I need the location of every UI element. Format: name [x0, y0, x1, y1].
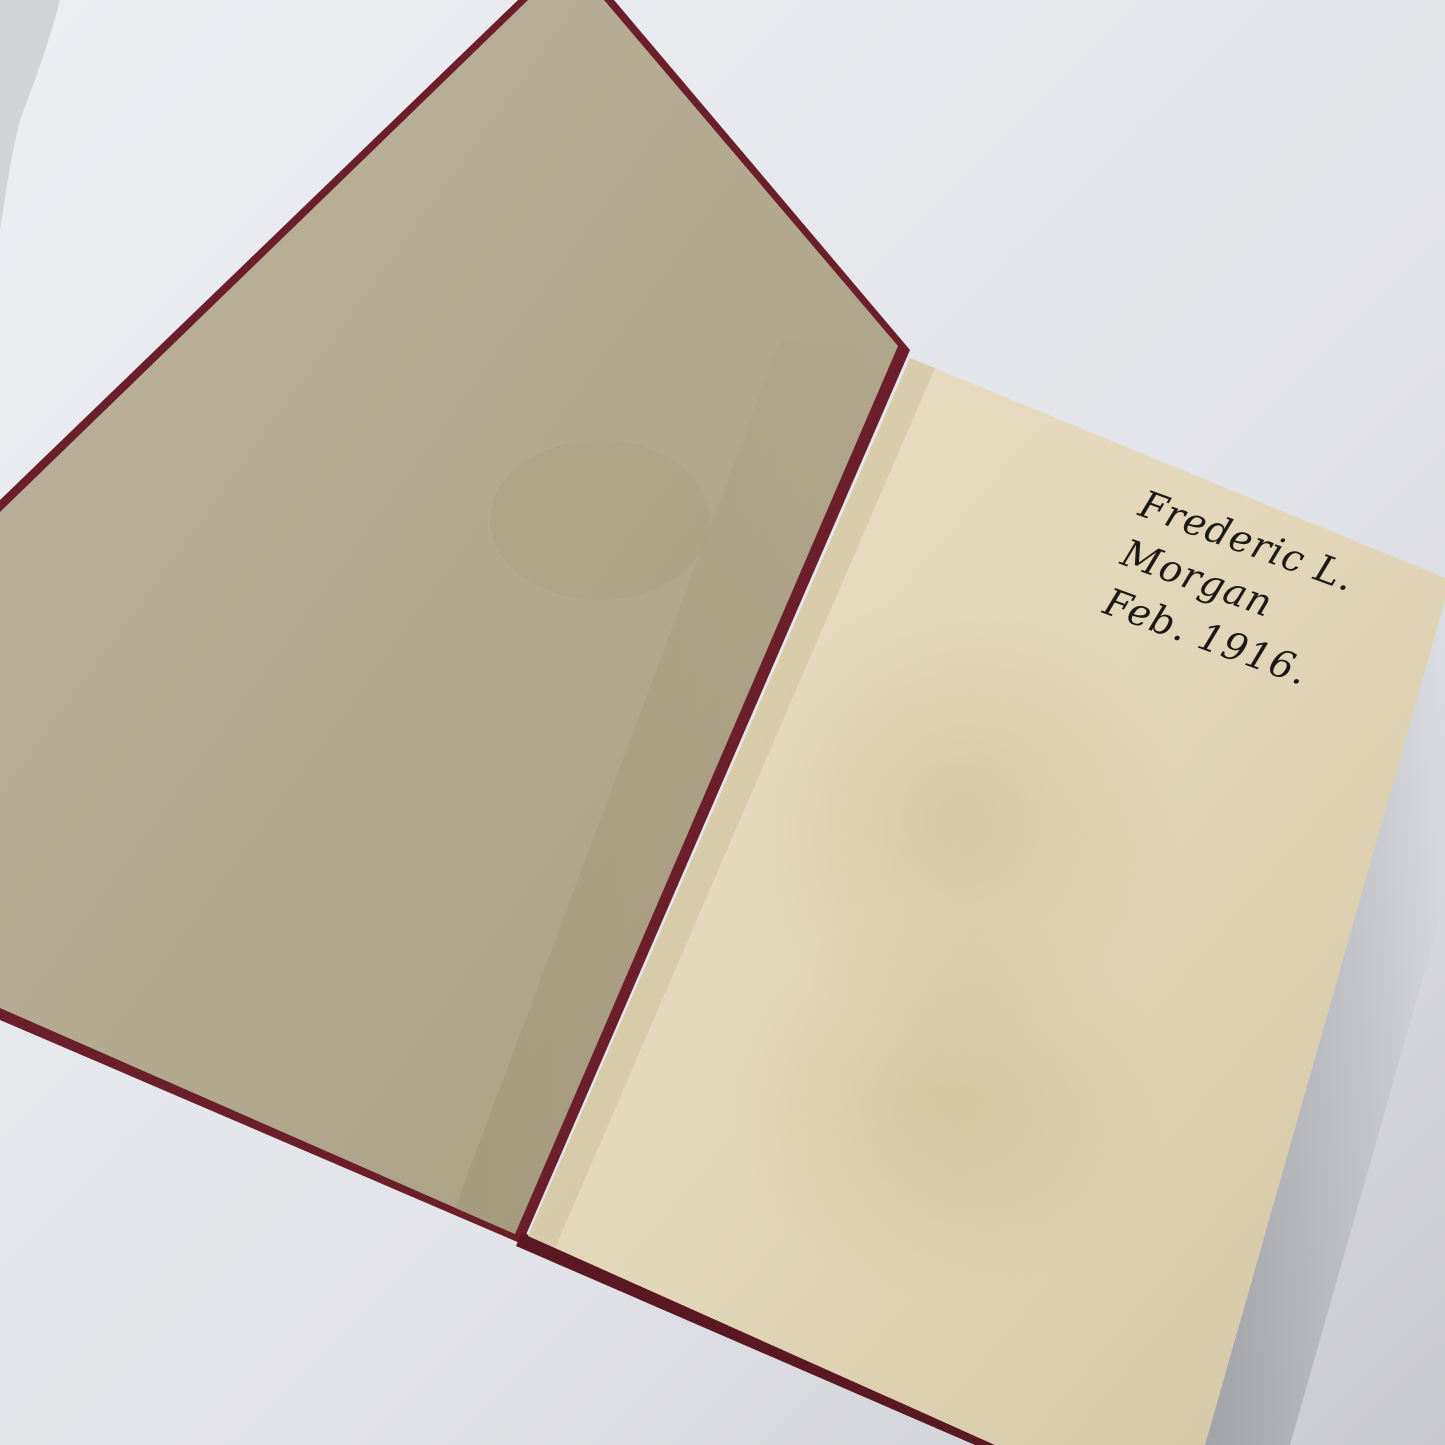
book-illustration	[0, 0, 1445, 1445]
right-stain-lower	[730, 900, 1170, 1300]
left-stain	[490, 440, 710, 600]
book-photo: Frederic L. Morgan Feb. 1916. front past…	[0, 0, 1445, 1445]
